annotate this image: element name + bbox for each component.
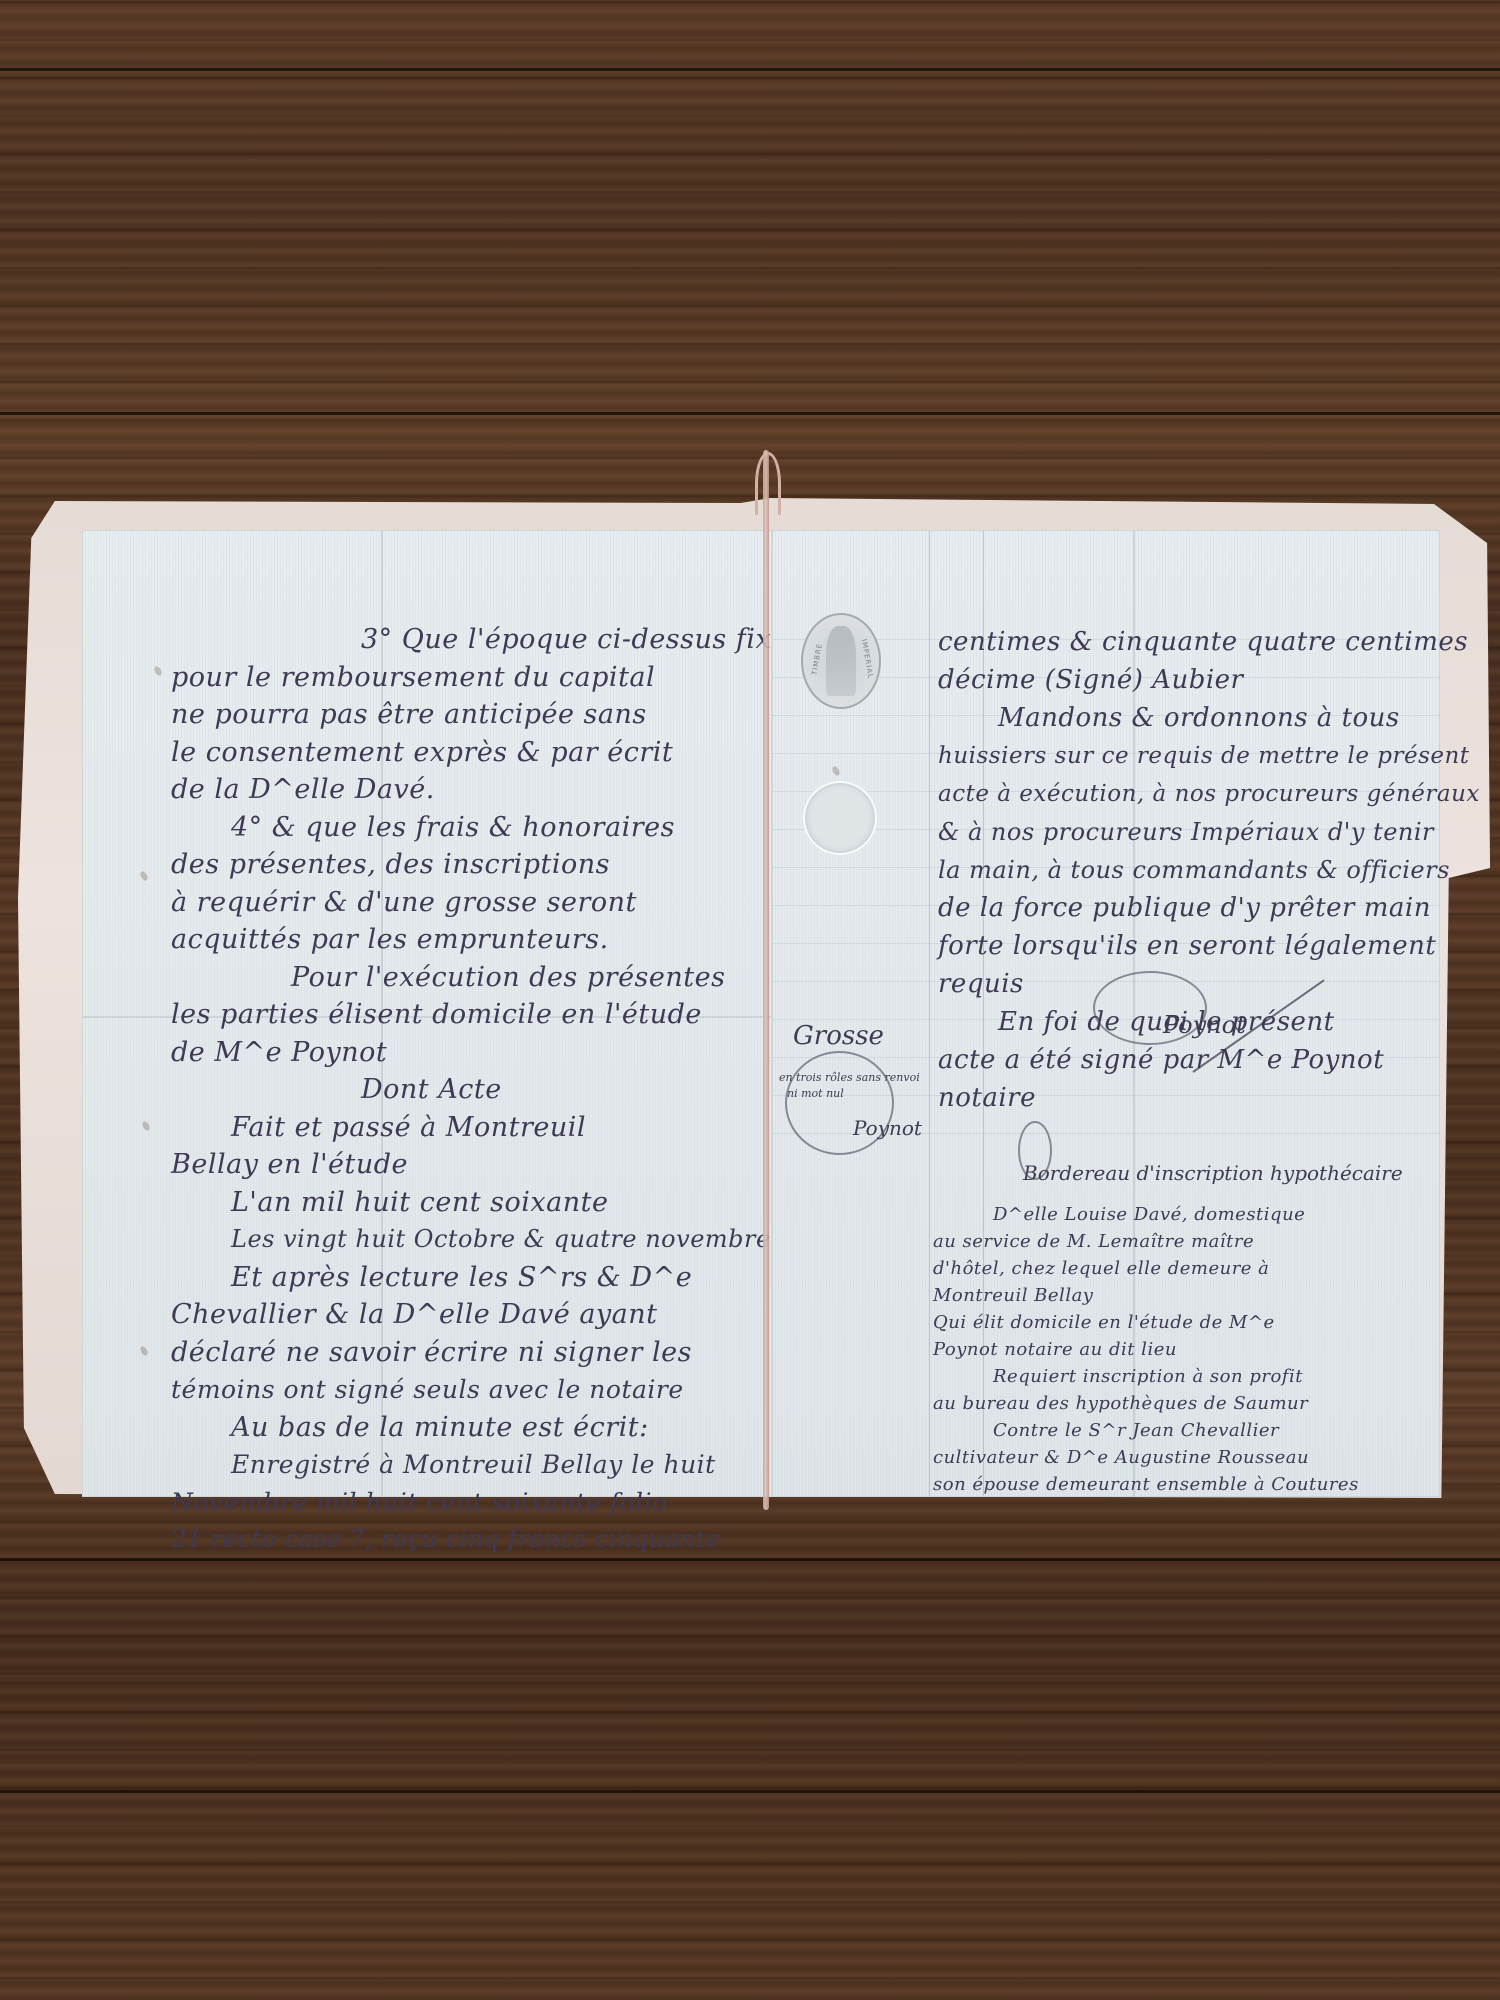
right-page-text: centimes & cinquante quatre centimes déc…	[938, 623, 1480, 1117]
text-line: Les vingt huit Octobre & quatre novembre	[171, 1221, 804, 1259]
text-line: d'hôtel, chez lequel elle demeure à	[873, 1255, 1359, 1282]
text-line: D^elle Louise Davé, domestique	[873, 1201, 1359, 1228]
text-line: de la D^elle Davé.	[171, 771, 804, 809]
stamp-text-right: IMPERIAL	[859, 639, 874, 680]
text-line: Dont Acte	[171, 1071, 804, 1109]
left-page: 3° Que l'époque ci-dessus fixée pour le …	[82, 530, 772, 1497]
text-line: Contre le S^r Jean Chevallier	[873, 1417, 1359, 1444]
plank-seam	[0, 68, 1500, 71]
seated-figure-icon	[826, 626, 856, 696]
left-page-text: 3° Que l'époque ci-dessus fixée pour le …	[171, 621, 804, 1559]
text-line: de M^e Poynot	[171, 1034, 804, 1072]
text-line: huissiers sur ce requis de mettre le pré…	[938, 737, 1480, 775]
binding-thread	[763, 450, 769, 1510]
text-line: Requiert inscription à son profit	[873, 1363, 1359, 1390]
bordereau-text: D^elle Louise Davé, domestique au servic…	[873, 1201, 1359, 1498]
text-line: forte lorsqu'ils en seront légalement	[938, 927, 1480, 965]
ink-mark	[141, 1120, 151, 1132]
ink-mark	[139, 1345, 149, 1357]
text-line: ne pourra pas être anticipée sans	[171, 696, 804, 734]
text-line: décime (Signé) Aubier	[938, 661, 1480, 699]
text-line: son épouse demeurant ensemble à Coutures	[873, 1471, 1359, 1498]
imperial-tax-stamp: TIMBRE IMPERIAL	[801, 613, 881, 709]
text-line: L'an mil huit cent soixante	[171, 1184, 804, 1222]
text-line: Fait et passé à Montreuil	[171, 1109, 804, 1147]
text-line: Mandons & ordonnons à tous	[938, 699, 1480, 737]
text-line: au service de M. Lemaître maître	[873, 1228, 1359, 1255]
text-line: Novembre mil huit cent soixante folio	[171, 1484, 804, 1522]
text-line: pour le remboursement du capital	[171, 659, 804, 697]
text-line: Poynot notaire au dit lieu	[873, 1336, 1359, 1363]
ink-mark	[139, 870, 149, 882]
plank-seam	[0, 1790, 1500, 1793]
bordereau-title: Bordereau d'inscription hypothécaire	[1023, 1161, 1403, 1185]
margin-note-title: Grosse	[793, 1021, 884, 1051]
text-line: Montreuil Bellay	[873, 1282, 1359, 1309]
margin-note-signature: Poynot	[853, 1116, 922, 1140]
embossed-seal	[803, 781, 877, 855]
text-line: 3° Que l'époque ci-dessus fixée	[171, 621, 804, 659]
text-line: au bureau des hypothèques de Saumur	[873, 1390, 1359, 1417]
plank-seam	[0, 412, 1500, 415]
text-line: témoins ont signé seuls avec le notaire	[171, 1371, 804, 1409]
text-line: & à nos procureurs Impériaux d'y tenir	[938, 813, 1480, 851]
notary-signature: Poynot	[1163, 1011, 1246, 1039]
text-line: notaire	[938, 1079, 1480, 1117]
text-line: cultivateur & D^e Augustine Rousseau	[873, 1444, 1359, 1471]
text-line: centimes & cinquante quatre centimes	[938, 623, 1480, 661]
text-line: la main, à tous commandants & officiers	[938, 851, 1480, 889]
text-line: Chevallier & la D^elle Davé ayant	[171, 1296, 804, 1334]
text-line: Et après lecture les S^rs & D^e	[171, 1259, 804, 1297]
text-line: Pour l'exécution des présentes	[171, 959, 804, 997]
text-line: 21 recto case 7, reçu cinq francs cinqua…	[171, 1521, 804, 1559]
text-line: le consentement exprès & par écrit	[171, 734, 804, 772]
text-line: requis	[938, 965, 1480, 1003]
margin-note-line: en trois rôles sans renvoi	[779, 1071, 920, 1085]
stamp-text-left: TIMBRE	[810, 643, 824, 676]
text-line: de la force publique d'y prêter main	[938, 889, 1480, 927]
text-line: des présentes, des inscriptions	[171, 846, 804, 884]
text-line: acquittés par les emprunteurs.	[171, 921, 804, 959]
text-line: déclaré ne savoir écrire ni signer les	[171, 1334, 804, 1372]
text-line: Bellay en l'étude	[171, 1146, 804, 1184]
right-page: TIMBRE IMPERIAL centimes & cinquante qua…	[772, 530, 1440, 1497]
text-line: les parties élisent domicile en l'étude	[171, 996, 804, 1034]
text-line: 4° & que les frais & honoraires	[171, 809, 804, 847]
text-line: Qui élit domicile en l'étude de M^e	[873, 1309, 1359, 1336]
text-line: Au bas de la minute est écrit:	[171, 1409, 804, 1447]
text-line: à requérir & d'une grosse seront	[171, 884, 804, 922]
margin-note-line: ni mot nul	[787, 1087, 844, 1101]
ink-mark	[153, 665, 163, 677]
ink-mark	[831, 765, 841, 777]
text-line: acte à exécution, à nos procureurs génér…	[938, 775, 1480, 813]
text-line: Enregistré à Montreuil Bellay le huit	[171, 1446, 804, 1484]
